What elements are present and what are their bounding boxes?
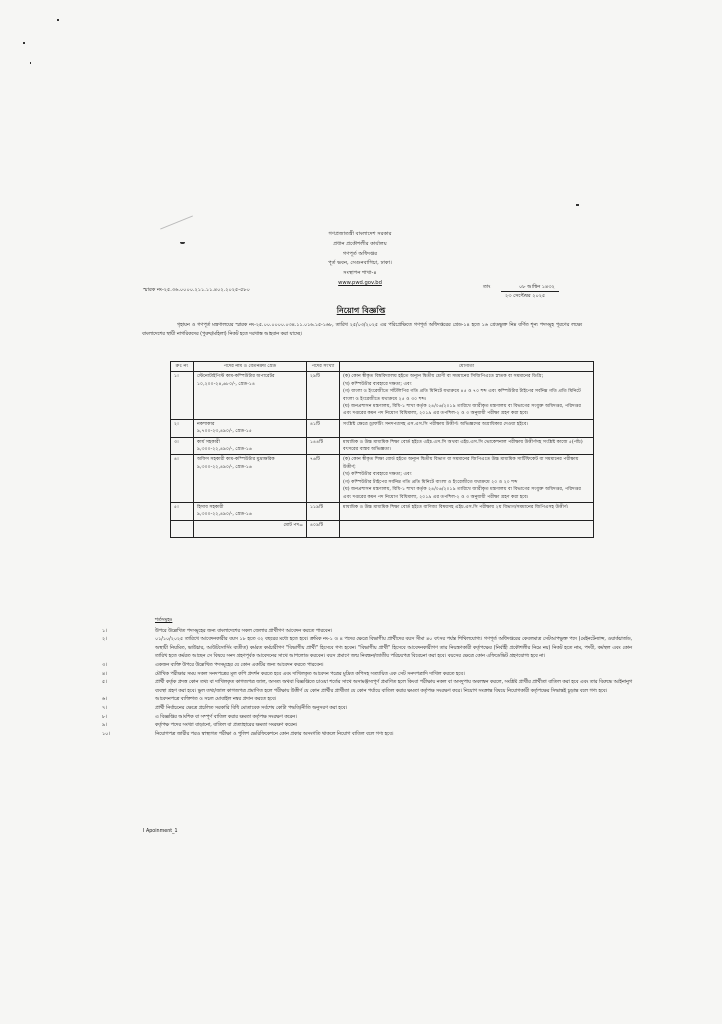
- scan-speck: [180, 242, 185, 244]
- header-serial: ক্রঃ নং: [171, 362, 194, 372]
- scan-speck: [30, 62, 31, 64]
- row-qualification: সংশ্লিষ্ট ক্ষেত্রে ড্রাফটিং সনদপত্রসহ এস…: [340, 419, 594, 437]
- qualification-line: মাধ্যমিক ও উচ্চ মাধ্যমিক শিক্ষা বোর্ড হই…: [343, 504, 590, 511]
- qualification-line: মাধ্যমিক ও উচ্চ মাধ্যমিক শিক্ষা বোর্ড হই…: [343, 439, 590, 454]
- header-line: পূর্ত ভবন, সেগুনবাগিচা, ঢাকা।: [220, 259, 500, 269]
- row-count: ৭৬টি: [307, 455, 340, 502]
- condition-item: ১।উপরে উল্লেখিত পদসমূহের জন্য বাংলাদেশের…: [102, 628, 642, 637]
- office-header: গণপ্রজাতন্ত্রী বাংলাদেশ সরকার প্রধান প্র…: [220, 230, 500, 289]
- condition-text: উপরে উল্লেখিত পদসমূহের জন্য বাংলাদেশের স…: [155, 628, 642, 637]
- condition-item: ১০।নিয়োগপত্র জারীর পরও স্বাস্থ্যগত পরীক…: [102, 731, 642, 740]
- post-name: কার্য সহকারী: [197, 439, 303, 446]
- condition-number: ৭।: [102, 705, 155, 714]
- total-value: ৪০৯টি: [307, 520, 340, 537]
- qualification-line: (গ) কম্পিউটার টাইপের সর্বনিম্ন গতি প্রতি…: [343, 479, 590, 486]
- website-link[interactable]: www.pwd.gov.bd: [220, 279, 500, 289]
- table-row: ৩।কার্য সহকারী৯,৩০০-২২,৪৯০/-, গ্রেড-১৬১৪…: [171, 437, 594, 455]
- scan-speck: [576, 204, 579, 206]
- condition-number: ৯।: [102, 722, 155, 731]
- condition-item: ৫।প্রার্থী কর্তৃক প্রদত্ত কোন তথ্য বা দা…: [102, 679, 642, 696]
- pay-scale: ৯,৩০০-২২,৪৯০/-, গ্রেড-১৬: [197, 511, 303, 518]
- row-post: নকশাকার৯,৭০০-২৩,৪৯০/-, গ্রেড-১৫: [194, 419, 307, 437]
- date-bangla: ০৮ আশ্বিন ১৪৩২: [501, 283, 559, 292]
- footer-filename: I Apoinment_1: [143, 829, 178, 834]
- condition-text: একজন ব্যক্তি উপরে উল্লেখিত পদসমূহের যে ক…: [155, 662, 642, 671]
- row-count: ১১৯টি: [307, 502, 340, 520]
- row-qualification: মাধ্যমিক ও উচ্চ মাধ্যমিক শিক্ষা বোর্ড হই…: [340, 502, 594, 520]
- table-total-row: মোট পদ= ৪০৯টি: [171, 520, 594, 537]
- row-serial: ৩।: [171, 437, 194, 455]
- condition-number: ৩।: [102, 662, 155, 671]
- row-qualification: মাধ্যমিক ও উচ্চ মাধ্যমিক শিক্ষা বোর্ড হই…: [340, 437, 594, 455]
- scan-speck: [160, 215, 193, 229]
- header-line: সংস্থাপন শাখা-৪: [220, 269, 500, 279]
- condition-item: ২।০১/১০/২০২৫ তারিখে আবেদনকারীর বয়স ১৮ হ…: [102, 636, 642, 662]
- condition-item: ৩।একজন ব্যক্তি উপরে উল্লেখিত পদসমূহের যে…: [102, 662, 642, 671]
- date-label: তাং: [483, 283, 501, 291]
- post-name: নকশাকার: [197, 421, 303, 428]
- row-serial: ৫।: [171, 502, 194, 520]
- pay-scale: ৯,৩০০-২২,৪৯০/-, গ্রেড-১৬: [197, 464, 303, 471]
- row-serial: ২।: [171, 419, 194, 437]
- condition-text: ০১/১০/২০২৫ তারিখে আবেদনকারীর বয়স ১৮ হতে…: [155, 636, 642, 662]
- row-serial: ১।: [171, 372, 194, 419]
- table-header-row: ক্রঃ নং পদের নাম ও বেতনক্রম গ্রেড পদের স…: [171, 362, 594, 372]
- qualification-line: (ক) কোন স্বীকৃত বিশ্ববিদ্যালয় হইতে অন্য…: [343, 373, 590, 380]
- row-post: কার্য সহকারী৯,৩০০-২২,৪৯০/-, গ্রেড-১৬: [194, 437, 307, 455]
- table-row: ৫।হিসাব সহকারী৯,৩০০-২২,৪৯০/-, গ্রেড-১৬১১…: [171, 502, 594, 520]
- row-count: ৪১টি: [307, 419, 340, 437]
- row-post: স্টেনোটাইপিস্ট কাম-কম্পিউটার অপারেটর১০,২…: [194, 372, 307, 419]
- header-line: গণপ্রজাতন্ত্রী বাংলাদেশ সরকার: [220, 230, 500, 240]
- condition-text: মৌখিক পরীক্ষার সময় সকল সনদপত্রের মূল কপ…: [155, 671, 642, 680]
- date-english: ২৩ সেপ্টেম্বর ২০২৫: [483, 292, 559, 300]
- header-line: গণপূর্ত অধিদপ্তর: [220, 250, 500, 260]
- condition-item: ৮।এ বিজ্ঞপ্তির আংশিক বা সম্পূর্ণ বাতিল ক…: [102, 714, 642, 723]
- condition-item: ৭।প্রার্থী নির্বাচনের ক্ষেত্রে প্রচলিত স…: [102, 705, 642, 714]
- table-row: ৪।অফিস সহকারী কাম-কম্পিউটার মুদ্রাক্ষরিক…: [171, 455, 594, 502]
- pay-scale: ৯,৭০০-২৩,৪৯০/-, গ্রেড-১৫: [197, 428, 303, 435]
- posts-table: ক্রঃ নং পদের নাম ও বেতনক্রম গ্রেড পদের স…: [170, 361, 594, 538]
- condition-number: ৪।: [102, 671, 155, 680]
- condition-item: ৯।কর্তৃপক্ষ পদের সংখ্যা বাড়ানো, বাতিল ব…: [102, 722, 642, 731]
- row-count: ২৯টি: [307, 372, 340, 419]
- row-count: ১৪৪টি: [307, 437, 340, 455]
- header-qualification: যোগ্যতা: [340, 362, 594, 372]
- issue-date: তাং০৮ আশ্বিন ১৪৩২ ২৩ সেপ্টেম্বর ২০২৫: [483, 283, 559, 300]
- condition-number: ৮।: [102, 714, 155, 723]
- page-title: নিয়োগ বিজ্ঞপ্তি: [0, 305, 722, 318]
- condition-number: ২।: [102, 636, 155, 662]
- condition-text: প্রার্থী নির্বাচনের ক্ষেত্রে প্রচলিত সরক…: [155, 705, 642, 714]
- memo-number: স্মারক নং-২৫.৩৬.০০০০.২১১.১১.৪০২.২০২৫-৫৮০: [143, 287, 250, 295]
- qualification-line: সংশ্লিষ্ট ক্ষেত্রে ড্রাফটিং সনদপত্রসহ এস…: [343, 421, 590, 428]
- condition-number: ১০।: [102, 731, 155, 740]
- row-serial: ৪।: [171, 455, 194, 502]
- condition-text: প্রার্থী কর্তৃক প্রদত্ত কোন তথ্য বা দাখি…: [155, 679, 642, 696]
- conditions-heading: শর্তসমূহঃ: [102, 617, 642, 626]
- condition-number: ৬।: [102, 696, 155, 705]
- qualification-line: (গ) বাংলা ও ইংরেজীতে সাঁটলিপির গতি প্রতি…: [343, 388, 590, 403]
- qualification-line: (ঘ) জনপ্রশাসন মন্ত্রণালয়, বিধি-১ শাখা ক…: [343, 403, 590, 418]
- row-qualification: (ক) কোন স্বীকৃত বিশ্ববিদ্যালয় হইতে অন্য…: [340, 372, 594, 419]
- condition-text: আবেদনপত্রে ব্যক্তিগত ও সচল মোবাইল নম্বর …: [155, 696, 642, 705]
- condition-item: ৬।আবেদনপত্রে ব্যক্তিগত ও সচল মোবাইল নম্ব…: [102, 696, 642, 705]
- condition-text: নিয়োগপত্র জারীর পরও স্বাস্থ্যগত পরীক্ষা…: [155, 731, 642, 740]
- scan-speck: [57, 19, 59, 21]
- row-qualification: (ক) কোন স্বীকৃত শিক্ষা বোর্ড হইতে অন্যূন…: [340, 455, 594, 502]
- qualification-line: (খ) কম্পিউটার ব্যবহারে দক্ষতা; এবং: [343, 471, 590, 478]
- pay-scale: ১০,২০০-২৪,৬৮০/-, গ্রেড-১৪: [197, 381, 303, 388]
- pay-scale: ৯,৩০০-২২,৪৯০/-, গ্রেড-১৬: [197, 446, 303, 453]
- row-post: হিসাব সহকারী৯,৩০০-২২,৪৯০/-, গ্রেড-১৬: [194, 502, 307, 520]
- post-name: স্টেনোটাইপিস্ট কাম-কম্পিউটার অপারেটর: [197, 373, 303, 380]
- table-row: ২।নকশাকার৯,৭০০-২৩,৪৯০/-, গ্রেড-১৫৪১টিসংশ…: [171, 419, 594, 437]
- qualification-line: (ঘ) জনপ্রশাসন মন্ত্রণালয়, বিধি-১ শাখা ক…: [343, 486, 590, 501]
- conditions-section: শর্তসমূহঃ ১।উপরে উল্লেখিত পদসমূহের জন্য …: [102, 617, 642, 739]
- post-name: অফিস সহকারী কাম-কম্পিউটার মুদ্রাক্ষরিক: [197, 456, 303, 463]
- scan-speck: [23, 42, 25, 44]
- header-count: পদের সংখ্যা: [307, 362, 340, 372]
- qualification-line: (ক) কোন স্বীকৃত শিক্ষা বোর্ড হইতে অন্যূন…: [343, 456, 590, 471]
- total-label: মোট পদ=: [194, 520, 307, 537]
- condition-number: ৫।: [102, 679, 155, 696]
- row-post: অফিস সহকারী কাম-কম্পিউটার মুদ্রাক্ষরিক৯,…: [194, 455, 307, 502]
- post-name: হিসাব সহকারী: [197, 504, 303, 511]
- condition-item: ৪।মৌখিক পরীক্ষার সময় সকল সনদপত্রের মূল …: [102, 671, 642, 680]
- scanned-page: গণপ্রজাতন্ত্রী বাংলাদেশ সরকার প্রধান প্র…: [0, 0, 722, 1024]
- condition-text: এ বিজ্ঞপ্তির আংশিক বা সম্পূর্ণ বাতিল করা…: [155, 714, 642, 723]
- qualification-line: (খ) কম্পিউটার ব্যবহারে দক্ষতা; এবং: [343, 381, 590, 388]
- header-line: প্রধান প্রকৌশলীর কার্যালয়: [220, 240, 500, 250]
- condition-text: কর্তৃপক্ষ পদের সংখ্যা বাড়ানো, বাতিল বা …: [155, 722, 642, 731]
- table-row: ১।স্টেনোটাইপিস্ট কাম-কম্পিউটার অপারেটর১০…: [171, 372, 594, 419]
- header-post: পদের নাম ও বেতনক্রম গ্রেড: [194, 362, 307, 372]
- intro-paragraph: গৃহায়ন ও গণপূর্ত মন্ত্রণালয়ের স্মারক ন…: [142, 321, 582, 340]
- condition-number: ১।: [102, 628, 155, 637]
